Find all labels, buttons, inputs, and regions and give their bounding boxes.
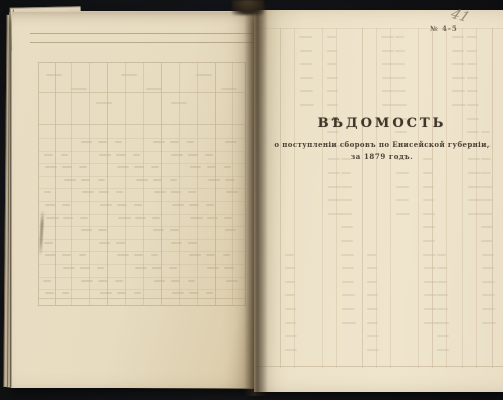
handwritten-folio-number: 41 xyxy=(448,6,472,25)
ghost-columns xyxy=(254,18,503,374)
left-page xyxy=(12,12,254,388)
ghost-top-rules xyxy=(30,33,254,45)
document-title: ВѢДОМОСТЬ xyxy=(266,116,498,131)
pencil-smudge xyxy=(39,210,44,256)
document-subtitle-line2: за 1879 годъ. xyxy=(266,152,498,161)
title-block: ВѢДОМОСТЬ о поступленіи сборовъ по Енисе… xyxy=(266,116,498,161)
issue-number: № 4-5 xyxy=(430,24,458,33)
spine-top-shadow xyxy=(232,0,264,15)
document-subtitle-line1: о поступленіи сборовъ по Енисейской губе… xyxy=(266,140,498,149)
ghost-table xyxy=(38,62,246,306)
book-scan: 41 № 4-5 ВѢДОМОСТЬ о поступленіи сборовъ… xyxy=(0,0,503,400)
right-page: 41 № 4-5 ВѢДОМОСТЬ о поступленіи сборовъ… xyxy=(254,10,503,392)
